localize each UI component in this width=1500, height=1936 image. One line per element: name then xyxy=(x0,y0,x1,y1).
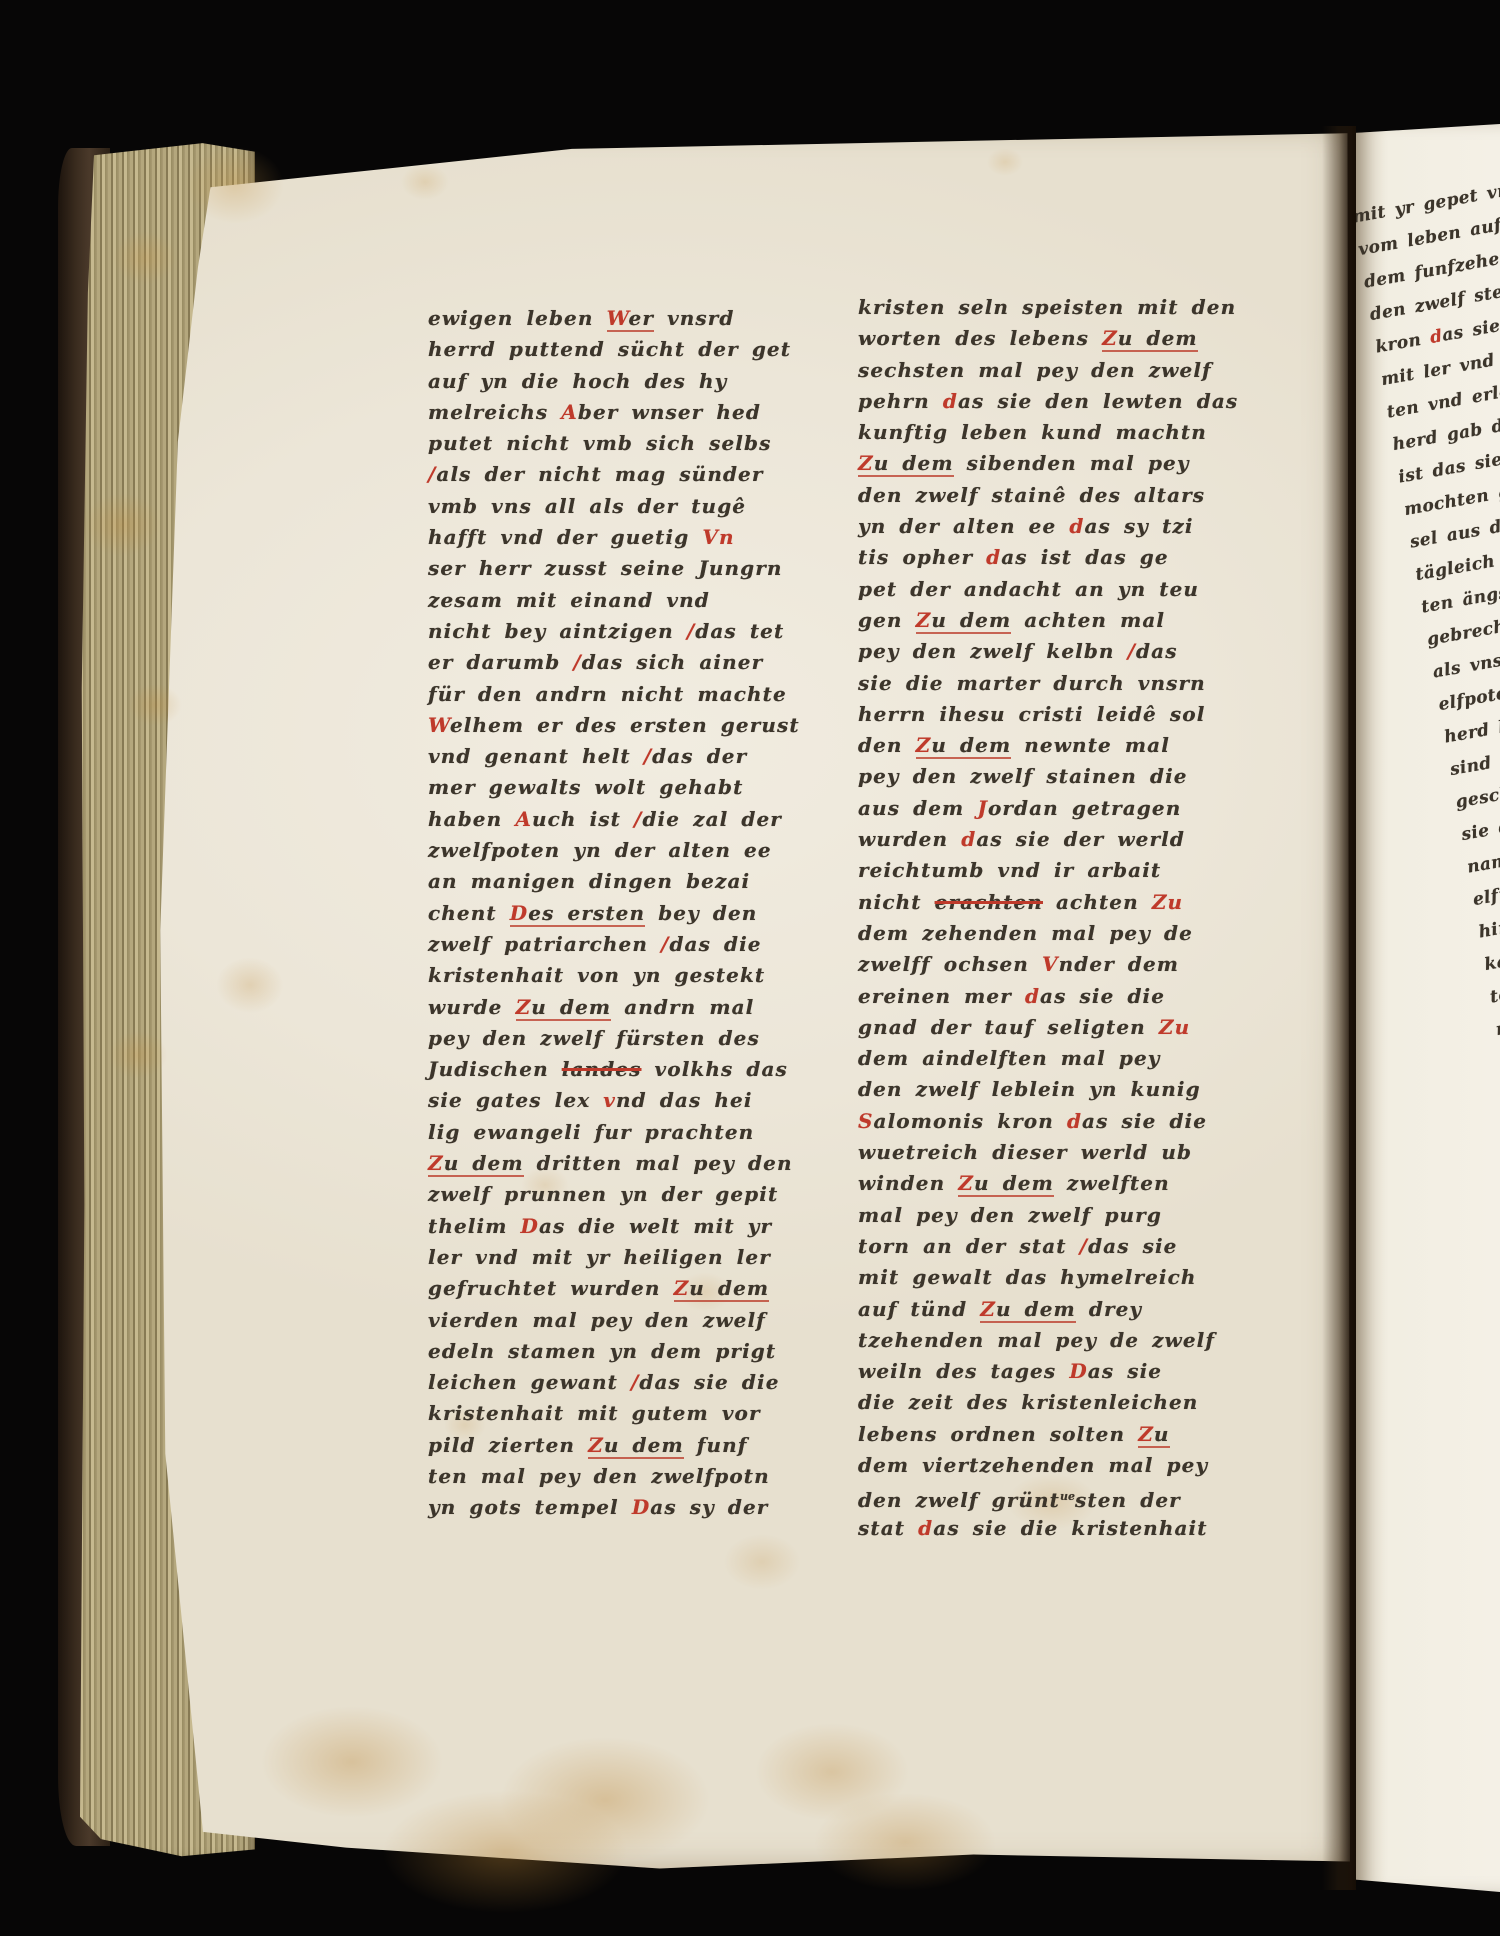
ink-text: as sie die xyxy=(1082,1109,1207,1133)
manuscript-text-line: mer gewalts wolt gehabt xyxy=(428,772,820,803)
ink-text: funf xyxy=(684,1433,748,1457)
ink-text: für den andrn nicht machte xyxy=(428,682,787,706)
manuscript-text-line: pet der andacht an yn teu xyxy=(858,574,1250,605)
ink-text: sie die marter durch vnsrn xyxy=(858,671,1206,695)
ink-text: vnd genant helt xyxy=(428,744,644,768)
manuscript-photo: ewigen leben Wer vnsrdherrd puttend süch… xyxy=(0,0,1500,1936)
manuscript-text-line: sie die marter durch vnsrn xyxy=(858,668,1250,699)
ink-text: herrd puttend sücht der get xyxy=(428,337,791,361)
ink-text: as sy der xyxy=(650,1495,768,1519)
manuscript-text-line: tis opher das ist das ge xyxy=(858,542,1250,573)
ink-text: edeln stamen yn dem prigt xyxy=(428,1339,776,1363)
ink-text: wurden xyxy=(858,827,961,851)
manuscript-text-line: torn an der stat /das sie xyxy=(858,1231,1250,1262)
ink-text: Judischen xyxy=(428,1057,562,1081)
manuscript-text-line: für den andrn nicht machte xyxy=(428,679,820,710)
ink-text: sibenden mal pey xyxy=(954,451,1190,475)
manuscript-text-line: den zwelf grüntuesten der xyxy=(858,1481,1250,1512)
manuscript-text-line: winden Zu dem zwelften xyxy=(858,1168,1250,1199)
manuscript-text-line: vmb vns all als der tugê xyxy=(428,491,820,522)
ink-text: an manigen dingen bezai xyxy=(428,869,750,893)
ink-text: u dem xyxy=(604,1433,684,1459)
left-text-column: ewigen leben Wer vnsrdherrd puttend süch… xyxy=(428,303,820,1524)
manuscript-text-line: kunftig leben kund machtn xyxy=(858,417,1250,448)
ink-text: pet der andacht an yn teu xyxy=(858,577,1199,601)
rubric-red-text: / xyxy=(1128,639,1136,663)
rubric-red-text: Z xyxy=(958,1171,974,1197)
ink-text: kron xyxy=(1374,328,1432,357)
manuscript-text-line: Salomonis kron das sie die xyxy=(858,1106,1250,1137)
rubric-red-text: / xyxy=(687,619,695,643)
ink-text: er xyxy=(629,306,654,332)
rubric-red-text: Z xyxy=(858,451,874,477)
ink-text: das sie die xyxy=(639,1370,779,1394)
ink-text: chent xyxy=(428,901,510,925)
ink-text: das die xyxy=(669,932,761,956)
manuscript-text-line: thelim Das die welt mit yr xyxy=(428,1211,820,1242)
manuscript-text-line: zwelf patriarchen /das die xyxy=(428,929,820,960)
manuscript-text-line: zwelf prunnen yn der gepit xyxy=(428,1179,820,1210)
rubric-red-text: / xyxy=(1080,1234,1088,1258)
rubric-red-text: Z xyxy=(1102,326,1118,352)
ink-text: ewigen leben xyxy=(428,306,607,330)
rubric-red-text: W xyxy=(607,306,629,332)
manuscript-text-line: wuetreich dieser werld ub xyxy=(858,1137,1250,1168)
manuscript-text-line: zesam mit einand vnd xyxy=(428,585,820,616)
ink-text: yn der alten ee xyxy=(858,514,1069,538)
rubric-red-text: d xyxy=(943,389,958,413)
ink-text: stat xyxy=(858,1516,918,1540)
manuscript-text-line: yn gots tempel Das sy der xyxy=(428,1492,820,1523)
rubric-red-text: D xyxy=(632,1495,650,1519)
ink-text: gefruchtet wurden xyxy=(428,1276,674,1300)
manuscript-text-line: ereinen mer das sie die xyxy=(858,981,1250,1012)
rubric-red-text: A xyxy=(561,400,578,424)
rubric-red-text: d xyxy=(961,827,976,851)
manuscript-text-line: kristen seln speisten mit den xyxy=(858,292,1250,323)
rubric-red-text: Z xyxy=(674,1276,690,1302)
ink-text: u dem xyxy=(444,1151,524,1177)
ink-text: pehrn xyxy=(858,389,943,413)
ink-text: melreichs xyxy=(428,400,561,424)
rubric-red-text: S xyxy=(858,1109,874,1133)
ink-text: ber wnser hed xyxy=(578,400,761,424)
ink-text: reichtumb vnd ir arbait xyxy=(858,858,1161,882)
ink-text: kristenhait mit gutem vor xyxy=(428,1401,761,1425)
ink-text: dritten mal pey den xyxy=(524,1151,793,1175)
ink-text: ten mal pey den zwelfpotn xyxy=(428,1464,770,1488)
ink-text: as ist das ge xyxy=(1001,545,1168,569)
ink-text: zwelfpoten yn der alten ee xyxy=(428,838,772,862)
ink-text: bey den xyxy=(645,901,757,925)
ink-text: den zwelf stainê des altars xyxy=(858,483,1205,507)
ink-text: as sie die xyxy=(1040,984,1165,1008)
manuscript-text-line: weiln des tages Das sie xyxy=(858,1356,1250,1387)
right-text-column: kristen seln speisten mit denworten des … xyxy=(858,292,1250,1544)
manuscript-text-line: putet nicht vmb sich selbs xyxy=(428,428,820,459)
manuscript-text-line: wurde Zu dem andrn mal xyxy=(428,992,820,1023)
ink-text: newnte mal xyxy=(1011,733,1170,757)
ink-text: landes xyxy=(562,1057,642,1081)
ink-text: mal pey den zwelf purg xyxy=(858,1203,1162,1227)
ink-text: leichen gewant xyxy=(428,1370,631,1394)
ink-text: ser herr zusst seine Jungrn xyxy=(428,556,783,580)
ink-text: yn gots tempel xyxy=(428,1495,632,1519)
ink-text: volkhs das xyxy=(641,1057,787,1081)
ink-text: achten mal xyxy=(1011,608,1165,632)
ink-text: gnad der tauf seligten xyxy=(858,1015,1159,1039)
manuscript-text-line: sechsten mal pey den zwelf xyxy=(858,355,1250,386)
manuscript-text-line: vierden mal pey den zwelf xyxy=(428,1305,820,1336)
rubric-red-text: D xyxy=(521,1214,539,1238)
ink-text: auf yn die hoch des hy xyxy=(428,369,727,393)
manuscript-text-line: haben Auch ist /die zal der xyxy=(428,804,820,835)
ink-text: den xyxy=(858,733,916,757)
ink-text: dem aindelften mal pey xyxy=(858,1046,1161,1070)
rubric-red-text: Z xyxy=(588,1433,604,1459)
manuscript-text-line: ewigen leben Wer vnsrd xyxy=(428,303,820,334)
manuscript-text-line: auf tünd Zu dem drey xyxy=(858,1294,1250,1325)
rubric-red-text: Z xyxy=(916,733,932,759)
ink-text: as die welt mit yr xyxy=(539,1214,772,1238)
ink-text: as sie der werld xyxy=(976,827,1185,851)
manuscript-text-line: dem viertzehenden mal pey xyxy=(858,1450,1250,1481)
manuscript-text-line: dem aindelften mal pey xyxy=(858,1043,1250,1074)
ink-text: zesam mit einand vnd xyxy=(428,588,710,612)
ink-text: u dem xyxy=(874,451,954,477)
rubric-red-text: Z xyxy=(428,1151,444,1177)
ink-text: ler vnd mit yr heiligen ler xyxy=(428,1245,771,1269)
ink-text: mer gewalts wolt gehabt xyxy=(428,775,743,799)
ink-text: sten der xyxy=(1075,1488,1181,1512)
rubric-red-text: D xyxy=(1069,1359,1087,1383)
ink-text: as sie xyxy=(1088,1359,1162,1383)
manuscript-text-line: vnd genant helt /das der xyxy=(428,741,820,772)
ink-text: herrn ihesu cristi leidê sol xyxy=(858,702,1205,726)
ink-text: zwelf patriarchen xyxy=(428,932,661,956)
manuscript-text-line: nicht erachten achten Zu xyxy=(858,887,1250,918)
ink-text: ereinen mer xyxy=(858,984,1025,1008)
manuscript-text-line: aus dem Jordan getragen xyxy=(858,793,1250,824)
rubric-red-text: d xyxy=(1025,984,1040,1008)
manuscript-text-line: pey den zwelf kelbn /das xyxy=(858,636,1250,667)
ink-text: nder dem xyxy=(1059,952,1179,976)
manuscript-text-line: Zu dem dritten mal pey den xyxy=(428,1148,820,1179)
ink-text: andrn mal xyxy=(611,995,754,1019)
manuscript-text-line: pehrn das sie den lewten das xyxy=(858,386,1250,417)
manuscript-text-line: yn der alten ee das sy tzi xyxy=(858,511,1250,542)
manuscript-text-line: ser herr zusst seine Jungrn xyxy=(428,553,820,584)
ink-text: zwelff ochsen xyxy=(858,952,1042,976)
ink-text: als der nicht mag sünder xyxy=(436,462,763,486)
manuscript-text-line: auf yn die hoch des hy xyxy=(428,366,820,397)
ink-text: thelim xyxy=(428,1214,521,1238)
ink-text: achten xyxy=(1043,890,1152,914)
manuscript-text-line: sie gates lex vnd das hei xyxy=(428,1085,820,1116)
ink-text: u dem xyxy=(1118,326,1198,352)
manuscript-text-line: dem zehenden mal pey de xyxy=(858,918,1250,949)
rubric-red-text: Vn xyxy=(702,525,734,549)
ink-text: lig ewangeli fur prachten xyxy=(428,1120,754,1144)
rubric-red-text: Z xyxy=(1138,1422,1154,1448)
ink-text: die zeit des kristenleichen xyxy=(858,1390,1198,1414)
ink-text: torn an der stat xyxy=(858,1234,1080,1258)
sliver-text-block: mit yr gepet vnd mvom leben auff habende… xyxy=(1356,146,1500,1502)
ink-text: u dem xyxy=(689,1276,769,1302)
ink-text: zwelf prunnen yn der gepit xyxy=(428,1182,778,1206)
manuscript-text-line: mit gewalt das hymelreich xyxy=(858,1262,1250,1293)
manuscript-text-line: melreichs Aber wnser hed xyxy=(428,397,820,428)
ink-text: nicht xyxy=(858,890,935,914)
rubric-red-text: Zu xyxy=(1159,1015,1190,1039)
manuscript-text-line: zwelfpoten yn der alten ee xyxy=(428,835,820,866)
manuscript-text-line: mal pey den zwelf purg xyxy=(858,1200,1250,1231)
ink-text: dem viertzehenden mal pey xyxy=(858,1453,1208,1477)
rubric-red-text: Z xyxy=(980,1297,996,1323)
manuscript-text-line: stat das sie die kristenhait xyxy=(858,1513,1250,1544)
ink-text: pey den zwelf fürsten des xyxy=(428,1026,760,1050)
rubric-red-text: d xyxy=(986,545,1001,569)
ink-text: u dem xyxy=(996,1297,1076,1323)
ink-text: winden xyxy=(858,1171,958,1195)
manuscript-text-line: reichtumb vnd ir arbait xyxy=(858,855,1250,886)
manuscript-text-line: ler vnd mit yr heiligen ler xyxy=(428,1242,820,1273)
ink-text: u dem xyxy=(531,995,611,1021)
rubric-red-text: D xyxy=(510,901,528,927)
manuscript-text-line: an manigen dingen bezai xyxy=(428,866,820,897)
ink-text: das der xyxy=(652,744,747,768)
ink-text: erachten xyxy=(935,890,1043,914)
ink-text: sie gates lex xyxy=(428,1088,603,1112)
manuscript-text-line: den Zu dem newnte mal xyxy=(858,730,1250,761)
ink-text: nicht bey aintzigen xyxy=(428,619,687,643)
ink-text: nd das hei xyxy=(616,1088,753,1112)
manuscript-text-line: worten des lebens Zu dem xyxy=(858,323,1250,354)
ink-text: pey den zwelf stainen die xyxy=(858,764,1188,788)
rubric-red-text: d xyxy=(1069,514,1084,538)
ink-text: vnsrd xyxy=(654,306,735,330)
rubric-red-text: Z xyxy=(516,995,532,1021)
ink-text: worten des lebens xyxy=(858,326,1102,350)
ink-text: u dem xyxy=(931,733,1011,759)
ink-text: er darumb xyxy=(428,650,573,674)
manuscript-text-line: gefruchtet wurden Zu dem xyxy=(428,1273,820,1304)
manuscript-text-line: ten mal pey den zwelfpotn xyxy=(428,1461,820,1492)
ink-text: gen xyxy=(858,608,916,632)
ink-text: u xyxy=(1154,1422,1170,1448)
ink-text: u dem xyxy=(931,608,1011,634)
manuscript-text-line: pey den zwelf fürsten des xyxy=(428,1023,820,1054)
rubric-red-text: A xyxy=(515,807,532,831)
ink-text: uch ist xyxy=(532,807,634,831)
rubric-red-text: Z xyxy=(916,608,932,634)
ink-text: vierden mal pey den zwelf xyxy=(428,1308,766,1332)
rubric-red-text: W xyxy=(428,713,450,737)
ink-text: wurde xyxy=(428,995,516,1019)
ink-text: haben xyxy=(428,807,515,831)
manuscript-text-line: lebens ordnen solten Zu xyxy=(858,1419,1250,1450)
manuscript-text-line: tzehenden mal pey de zwelf xyxy=(858,1325,1250,1356)
ink-text: kristen seln speisten mit den xyxy=(858,295,1236,319)
ink-text: das tet xyxy=(695,619,784,643)
ink-text: das xyxy=(1136,639,1178,663)
ink-text: tis opher xyxy=(858,545,986,569)
manuscript-text-line: hafft vnd der guetig Vn xyxy=(428,522,820,553)
manuscript-text-line: wurden das sie der werld xyxy=(858,824,1250,855)
ink-text: tzehenden mal pey de zwelf xyxy=(858,1328,1215,1352)
next-page-sliver: mit yr gepet vnd mvom leben auff habende… xyxy=(1356,124,1500,1892)
ink-text: hafft vnd der guetig xyxy=(428,525,702,549)
ink-text: putet nicht vmb sich selbs xyxy=(428,431,771,455)
ink-text: elhem er des ersten gerust xyxy=(450,713,800,737)
rubric-red-text: d xyxy=(1067,1109,1082,1133)
rubric-red-text: d xyxy=(918,1516,933,1540)
ink-text: mit gewalt das hymelreich xyxy=(858,1265,1197,1289)
ink-text: drey xyxy=(1076,1297,1142,1321)
rubric-red-text: / xyxy=(644,744,652,768)
ink-text: as sie den lewten das xyxy=(958,389,1238,413)
ink-text: die zal der xyxy=(642,807,782,831)
manuscript-text-line: er darumb /das sich ainer xyxy=(428,647,820,678)
rubric-red-text: J xyxy=(977,796,988,820)
ink-text: aus dem xyxy=(858,796,977,820)
rubric-red-text: Zu xyxy=(1152,890,1183,914)
ink-text: pey den zwelf kelbn xyxy=(858,639,1128,663)
ink-text: u dem xyxy=(974,1171,1054,1197)
ink-text: es ersten xyxy=(528,901,645,927)
manuscript-text-line: pey den zwelf stainen die xyxy=(858,761,1250,792)
ink-text: as sie die kristenhait xyxy=(933,1516,1207,1540)
ink-text: pild zierten xyxy=(428,1433,588,1457)
manuscript-text-line: den zwelf leblein yn kunig xyxy=(858,1074,1250,1105)
ink-text: dem zehenden mal pey de xyxy=(858,921,1193,945)
manuscript-text-line: herrd puttend sücht der get xyxy=(428,334,820,365)
ink-text: ordan getragen xyxy=(988,796,1181,820)
ink-text: den zwelf grünt xyxy=(858,1488,1060,1512)
manuscript-text-line: kristenhait von yn gestekt xyxy=(428,960,820,991)
ink-text: wuetreich dieser werld ub xyxy=(858,1140,1192,1164)
manuscript-text-line: /als der nicht mag sünder xyxy=(428,459,820,490)
manuscript-text-line: gnad der tauf seligten Zu xyxy=(858,1012,1250,1043)
ink-text: weiln des tages xyxy=(858,1359,1069,1383)
manuscript-text-line: Zu dem sibenden mal pey xyxy=(858,448,1250,479)
rubric-red-text: / xyxy=(573,650,581,674)
manuscript-text-line: die zeit des kristenleichen xyxy=(858,1387,1250,1418)
ink-text: das sich ainer xyxy=(582,650,763,674)
manuscript-text-line: nicht bey aintzigen /das tet xyxy=(428,616,820,647)
manuscript-text-line: Judischen landes volkhs das xyxy=(428,1054,820,1085)
manuscript-text-line: leichen gewant /das sie die xyxy=(428,1367,820,1398)
manuscript-text-line: edeln stamen yn dem prigt xyxy=(428,1336,820,1367)
ink-text: lebens ordnen solten xyxy=(858,1422,1138,1446)
ink-text: kunftig leben kund machtn xyxy=(858,420,1207,444)
rubric-red-text: v xyxy=(603,1088,616,1112)
ink-text: kristenhait von yn gestekt xyxy=(428,963,765,987)
ink-text: den zwelf leblein yn kunig xyxy=(858,1077,1201,1101)
ink-text: alomonis kron xyxy=(874,1109,1067,1133)
ink-text: zwelften xyxy=(1054,1171,1170,1195)
gutter-shadow xyxy=(1322,126,1356,1890)
manuscript-text-line: kristenhait mit gutem vor xyxy=(428,1398,820,1429)
manuscript-text-line: lig ewangeli fur prachten xyxy=(428,1117,820,1148)
ink-text: das sie xyxy=(1088,1234,1177,1258)
ink-text: ue xyxy=(1060,1490,1075,1503)
ink-text: sechsten mal pey den zwelf xyxy=(858,358,1212,382)
ink-text: as sy tzi xyxy=(1084,514,1193,538)
manuscript-text-line: zwelff ochsen Vnder dem xyxy=(858,949,1250,980)
manuscript-text-line: Welhem er des ersten gerust xyxy=(428,710,820,741)
ink-text: vmb vns all als der tugê xyxy=(428,494,746,518)
manuscript-text-line: gen Zu dem achten mal xyxy=(858,605,1250,636)
ink-text: auf tünd xyxy=(858,1297,980,1321)
manuscript-text-line: den zwelf stainê des altars xyxy=(858,480,1250,511)
manuscript-text-line: chent Des ersten bey den xyxy=(428,898,820,929)
manuscript-text-line: pild zierten Zu dem funf xyxy=(428,1430,820,1461)
rubric-red-text: V xyxy=(1042,952,1059,976)
manuscript-text-line: herrn ihesu cristi leidê sol xyxy=(858,699,1250,730)
